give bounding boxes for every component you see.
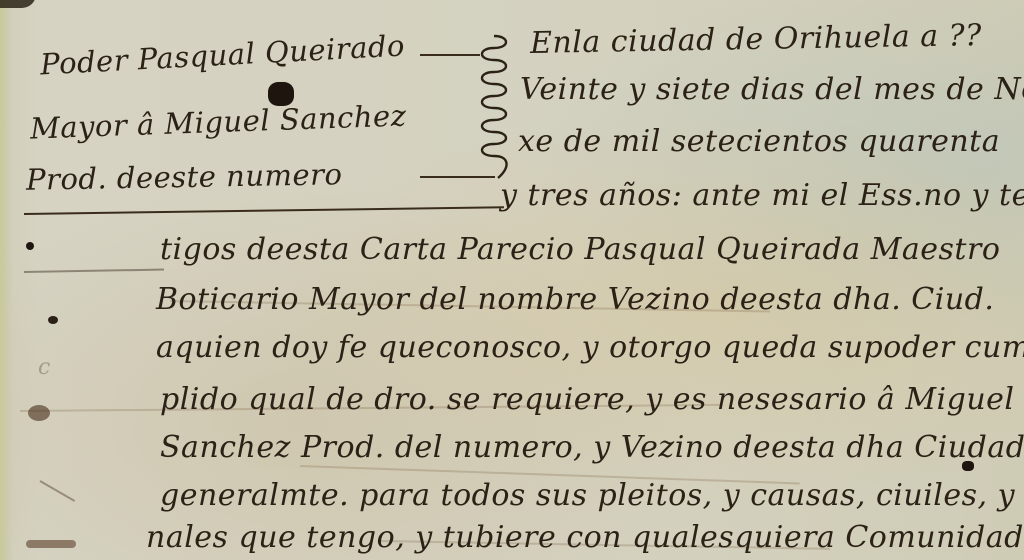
- ink-blot: [268, 82, 294, 106]
- margin-dot: [48, 316, 58, 324]
- ink-blot: [962, 461, 974, 471]
- page-edge-shadow: [0, 0, 10, 560]
- margin-mark: c: [38, 355, 50, 380]
- margin-dot: [26, 242, 34, 250]
- body-line: Enla ciudad de Orihuela a ??: [530, 18, 982, 61]
- section-divider-rule: [24, 206, 504, 215]
- body-line: nales que tengo, y tubiere con qualesqui…: [146, 520, 1024, 555]
- margin-stain: [26, 540, 76, 548]
- margin-dash: [24, 269, 164, 273]
- body-line: plido qual de dro. se requiere, y es nes…: [160, 382, 1015, 417]
- margin-note-line: Prod. deeste numero: [26, 157, 343, 197]
- body-line: Sanchez Prod. del numero, y Vezino deest…: [160, 430, 1024, 465]
- body-line: aquien doy fe queconosco, y otorgo queda…: [156, 330, 1024, 365]
- margin-note-line: Poder Pasqual Queirado: [39, 28, 405, 81]
- corner-ink-blot: [0, 0, 36, 8]
- margin-stroke: [40, 480, 76, 502]
- manuscript-page: Poder Pasqual Queirado Mayor â Miguel Sa…: [0, 0, 1024, 560]
- body-line: y tres años: ante mi el Ess.no y tes: [500, 178, 1024, 213]
- margin-stain: [28, 405, 50, 421]
- spiral-flourish-icon: [476, 32, 512, 182]
- body-line: Veinte y siete dias del mes de Nove: [520, 72, 1024, 107]
- body-line: tigos deesta Carta Parecio Pasqual Queir…: [160, 232, 1000, 267]
- body-line: Boticario Mayor del nombre Vezino deesta…: [156, 282, 994, 317]
- margin-note-line: Mayor â Miguel Sanchez: [30, 98, 407, 145]
- margin-rule: [420, 54, 480, 56]
- body-line: xe de mil setecientos quarenta: [518, 124, 1000, 159]
- body-line: generalmte. para todos sus pleitos, y ca…: [160, 478, 1024, 513]
